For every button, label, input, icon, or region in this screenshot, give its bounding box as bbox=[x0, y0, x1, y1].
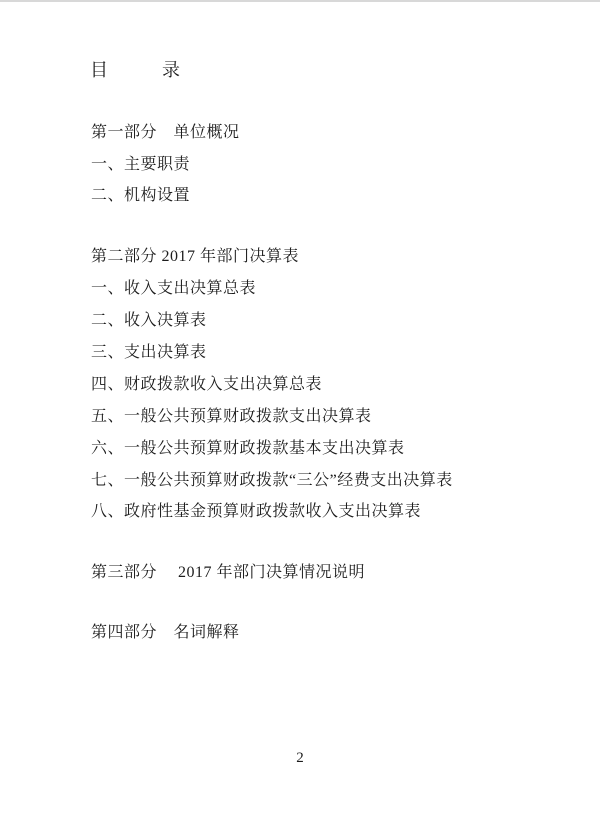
toc-item: 三、支出决算表 bbox=[91, 337, 207, 369]
toc-item: 七、一般公共预算财政拨款“三公”经费支出决算表 bbox=[91, 465, 453, 497]
toc-part4-heading: 第四部分 名词解释 bbox=[91, 617, 240, 649]
toc-item: 五、一般公共预算财政拨款支出决算表 bbox=[91, 401, 372, 433]
toc-item: 一、主要职责 bbox=[91, 149, 190, 181]
toc-item: 一、收入支出决算总表 bbox=[91, 273, 256, 305]
toc-title: 目 录 bbox=[90, 54, 180, 86]
toc-item: 二、机构设置 bbox=[91, 180, 190, 212]
toc-item: 八、政府性基金预算财政拨款收入支出决算表 bbox=[91, 496, 421, 528]
toc-part1-heading: 第一部分 单位概况 bbox=[91, 117, 240, 149]
toc-item: 二、收入决算表 bbox=[91, 305, 207, 337]
toc-item: 六、一般公共预算财政拨款基本支出决算表 bbox=[91, 433, 405, 465]
page-number: 2 bbox=[0, 742, 600, 774]
toc-item: 四、财政拨款收入支出决算总表 bbox=[91, 369, 322, 401]
document-page: 目 录 第一部分 单位概况 一、主要职责 二、机构设置 第二部分 2017 年部… bbox=[0, 0, 600, 830]
page-top-border bbox=[0, 0, 600, 2]
toc-part2-heading: 第二部分 2017 年部门决算表 bbox=[91, 241, 299, 273]
toc-part3-heading: 第三部分 2017 年部门决算情况说明 bbox=[91, 557, 365, 589]
